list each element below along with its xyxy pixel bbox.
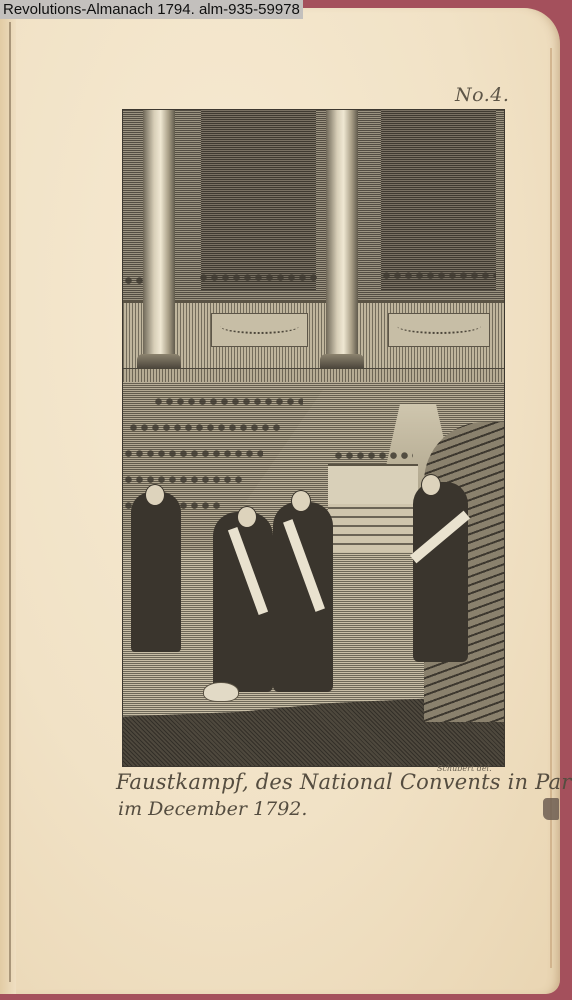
page-stain — [543, 798, 559, 820]
garland-panel-left — [211, 313, 308, 347]
spectators-left — [198, 272, 318, 286]
plate-number: No.4. — [455, 84, 509, 106]
column-middle — [326, 110, 358, 365]
column-base-left — [137, 354, 181, 368]
garland — [397, 318, 481, 334]
page-edge — [550, 48, 552, 968]
deputies-row-2 — [128, 422, 283, 436]
engraving-illustration — [122, 109, 505, 767]
tricolor-sash — [228, 527, 268, 615]
tricolor-sash — [410, 511, 470, 564]
garland — [220, 318, 300, 334]
secretaries-desk — [328, 464, 418, 506]
garland-panel-right — [388, 313, 490, 347]
caption-line-1: Faustkampf, des National Convents in Par… — [116, 768, 516, 796]
figure-left-deputy — [131, 492, 181, 652]
fallen-hat — [203, 682, 239, 702]
engraving-caption: Faustkampf, des National Convents in Par… — [116, 768, 516, 822]
figure-head — [291, 490, 311, 512]
gutter-line — [9, 22, 11, 982]
gallery-opening-left — [201, 110, 316, 290]
column-left — [143, 110, 175, 365]
figure-running-deputy — [413, 482, 468, 662]
figure-head — [421, 474, 441, 496]
caption-line-2: im December 1792. — [116, 796, 516, 822]
page-gutter — [0, 8, 16, 994]
scanned-book-view: Revolutions-Almanach 1794. alm-935-59978… — [0, 0, 572, 1000]
deputies-row-1 — [153, 396, 303, 410]
figure-fighter-left — [213, 512, 273, 692]
gallery-opening-right — [381, 110, 496, 290]
figure-head — [237, 506, 257, 528]
tricolor-sash — [283, 519, 325, 612]
deputies-row-3 — [123, 448, 263, 462]
secretaries — [333, 450, 413, 464]
figure-head — [145, 484, 165, 506]
image-title: Revolutions-Almanach 1794. alm-935-59978 — [0, 0, 303, 19]
spectators-far-left — [123, 275, 143, 289]
assembly-hall — [123, 382, 504, 766]
deputies-row-4 — [123, 474, 243, 488]
column-base-middle — [320, 354, 364, 368]
spectators-right — [381, 270, 496, 284]
figure-fighter-right — [273, 502, 333, 692]
